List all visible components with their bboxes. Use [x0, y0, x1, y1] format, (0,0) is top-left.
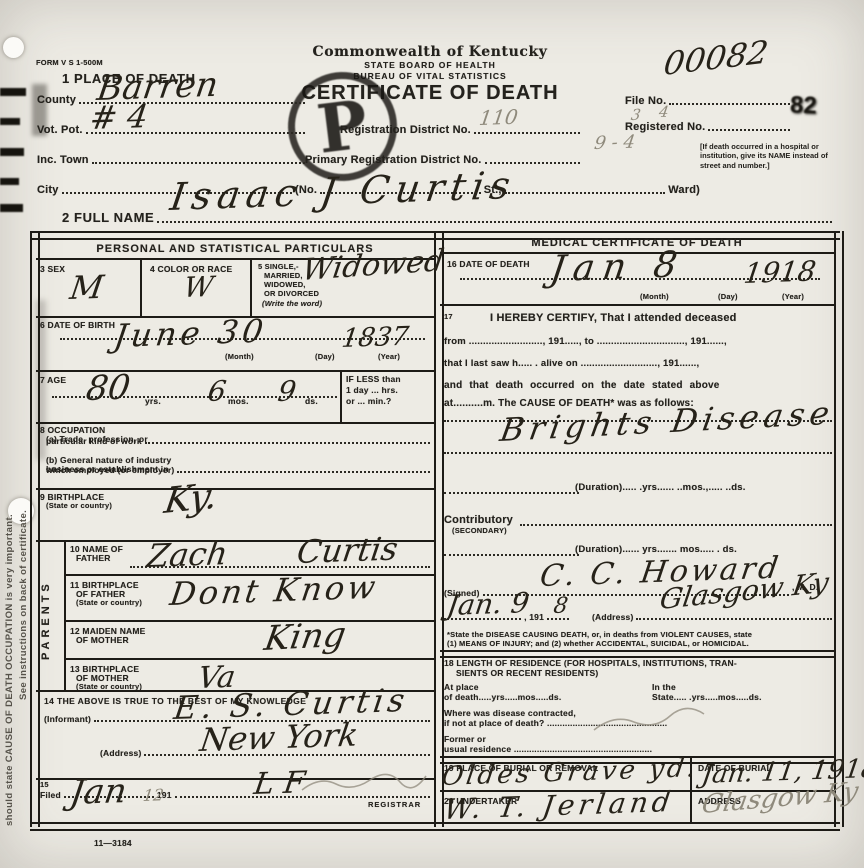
ward-label: Ward)	[668, 184, 700, 196]
scan-artifact	[0, 148, 24, 156]
footnote-line-2: (1) MEANS OF INJURY; and (2) whether ACC…	[447, 639, 749, 648]
marital-label-1: 5 SINGLE,-	[258, 262, 299, 271]
scan-artifact	[0, 88, 26, 96]
registration-district-label: Registration District No.	[340, 124, 471, 136]
occupation-a2: particular kind of work	[46, 436, 142, 446]
form-number-top: FORM V S 1-500M	[36, 58, 103, 67]
registrar-label: REGISTRAR	[368, 800, 421, 809]
in-state-label-2: State..... .yrs.....mos.....ds.	[652, 692, 762, 702]
margin-instructions-outer: should state CAUSE OF DEATH OCCUPATION i…	[4, 514, 15, 826]
date-of-death-label: 16 DATE OF DEATH	[447, 259, 530, 269]
scan-artifact	[0, 178, 19, 185]
secondary-label: (SECONDARY)	[452, 526, 507, 535]
sex-label: 3 SEX	[40, 264, 65, 274]
punch-hole	[3, 37, 24, 58]
informant-address-value: New York	[198, 719, 360, 756]
informant-address-label: (Address)	[100, 748, 141, 758]
former-line-1: Former or	[444, 734, 486, 744]
age-days-value: 9	[276, 377, 298, 406]
parents-label-text: PARENTS	[40, 580, 52, 660]
father-last-value: Curtis	[295, 533, 400, 568]
marital-value: Widowed	[300, 246, 446, 286]
father-birthplace-value: Dont Know	[168, 571, 380, 610]
if-less-line-3: or ... min.?	[346, 396, 391, 406]
parents-label: PARENTS	[36, 580, 54, 660]
pencil-scribble	[300, 772, 430, 798]
registered-pencil-b: 4	[658, 105, 670, 120]
registration-district-line: Registration District No.	[340, 124, 580, 136]
registration-district-pencil: 110	[478, 107, 519, 128]
pencil-scribble	[590, 706, 710, 736]
certify-text: I HEREBY CERTIFY, That I attended deceas…	[490, 312, 737, 324]
county-label: County	[37, 94, 76, 106]
commonwealth-title: Commonwealth of Kentucky	[312, 44, 547, 60]
dod-day-sub: (Day)	[718, 292, 738, 301]
footnote-line-1: *State the DISEASE CAUSING DEATH, or, in…	[447, 630, 752, 639]
birthplace-sub: (State or country)	[46, 501, 112, 510]
marital-label-2: MARRIED,	[264, 271, 303, 280]
date-of-death-value: Jan 8	[548, 247, 687, 288]
residence-header-1: 18 LENGTH OF RESIDENCE (FOR HOSPITALS, I…	[444, 658, 737, 668]
date-of-death-year: 1918	[742, 258, 818, 288]
scan-artifact	[0, 204, 23, 212]
sign-year-label: , 191	[524, 612, 544, 622]
city-label: City	[37, 184, 59, 196]
undertaker-value: W. T. Jerland	[442, 788, 676, 824]
vot-pot-line: Vot. Pot.	[37, 124, 305, 136]
marital-label-4: OR DIVORCED	[264, 289, 319, 298]
sign-address-label: (Address)	[592, 612, 633, 622]
inc-town-label: Inc. Town	[37, 154, 89, 166]
dob-year-sub: (Year)	[378, 352, 400, 361]
dod-month-sub: (Month)	[640, 292, 669, 301]
father-name-label-2: FATHER	[76, 553, 111, 563]
at-place-label-1: At place	[444, 682, 479, 692]
father-first-value: Zach	[145, 537, 230, 572]
filed-no: 15	[40, 780, 49, 789]
duration-line-1: (Duration)..... .yrs...... ..mos.,..... …	[575, 482, 746, 493]
primary-district-label: Primary Registration District No.	[305, 154, 482, 166]
at-place-label-2: of death.....yrs.....mos.....ds.	[444, 692, 561, 702]
board-title: STATE BOARD OF HEALTH	[364, 60, 496, 70]
certify-occurred-line: and that death occurred on the date stat…	[444, 380, 720, 391]
file-no-stamp: 82	[790, 92, 818, 121]
vot-pot-label: Vot. Pot.	[37, 124, 83, 136]
filed-value: Jan	[68, 774, 129, 810]
dob-label: 6 DATE OF BIRTH	[40, 320, 115, 330]
dob-value: June 30	[112, 315, 269, 352]
age-months-unit: mos.	[228, 396, 249, 406]
age-days-unit: ds.	[305, 396, 318, 406]
file-no-line: File No.	[625, 95, 790, 107]
scan-artifact	[0, 118, 20, 125]
margin-instructions-inner: See instructions on back of certificate.	[18, 510, 29, 700]
certify-from-line: from .........................., 191....…	[444, 336, 727, 347]
dob-day-sub: (Day)	[315, 352, 335, 361]
contracted-line-1: Where was disease contracted,	[444, 708, 576, 718]
form-footer-number: 11—3184	[94, 838, 132, 848]
dob-year: 1837	[340, 324, 410, 352]
bureau-title: BUREAU OF VITAL STATISTICS	[353, 71, 506, 81]
age-years-unit: yrs.	[145, 396, 161, 406]
primary-district-line: Primary Registration District No.	[305, 154, 580, 166]
former-line-2: usual residence ........................…	[444, 744, 652, 754]
color-race-value: W	[182, 273, 215, 302]
hospital-note: [If death occurred in a hospital or inst…	[700, 142, 828, 170]
birthplace-value: Ky.	[162, 479, 220, 520]
registrar-signature: L F	[252, 768, 307, 800]
age-months-value: 6	[206, 377, 228, 406]
if-less-line-1: IF LESS than	[346, 374, 401, 384]
contributory-label: Contributory	[444, 514, 513, 526]
registered-no-label: Registered No.	[625, 121, 705, 133]
marital-note: (Write the word)	[262, 299, 322, 308]
full-name-label: 2 FULL NAME	[62, 210, 154, 225]
if-less-line-2: 1 day ... hrs.	[346, 385, 398, 395]
death-certificate-scan: should state CAUSE OF DEATH OCCUPATION i…	[0, 0, 864, 868]
inc-town-line: Inc. Town	[37, 154, 305, 166]
mother-maiden-value: King	[262, 618, 348, 656]
informant-label: (Informant)	[44, 714, 91, 724]
certify-no: 17	[444, 312, 453, 321]
certify-last-saw-line: that I last saw h..... . alive on ......…	[444, 358, 699, 369]
age-years-value: 80	[84, 371, 132, 406]
in-state-label-1: In the	[652, 682, 676, 692]
sex-value: M	[68, 271, 105, 304]
filed-label: Filed	[40, 790, 61, 800]
age-label: 7 AGE	[40, 375, 66, 385]
registered-no-line: Registered No.	[625, 121, 790, 133]
full-name-value: Isaac J Curtis	[168, 166, 518, 216]
occupation-b3: which employed (or employer)	[46, 465, 174, 475]
filed-day-pencil: 12	[142, 787, 165, 804]
father-birthplace-sub: (State or country)	[76, 598, 142, 607]
dod-year-sub: (Year)	[782, 292, 804, 301]
primary-district-pencil: 9 - 4	[593, 134, 636, 153]
dob-month-sub: (Month)	[225, 352, 254, 361]
mother-maiden-label-2: OF MOTHER	[76, 635, 129, 645]
residence-header-2: SIENTS OR RECENT RESIDENTS)	[456, 668, 598, 678]
serial-handwritten: 00082	[662, 36, 770, 80]
vot-pot-value: # 4	[88, 100, 150, 134]
